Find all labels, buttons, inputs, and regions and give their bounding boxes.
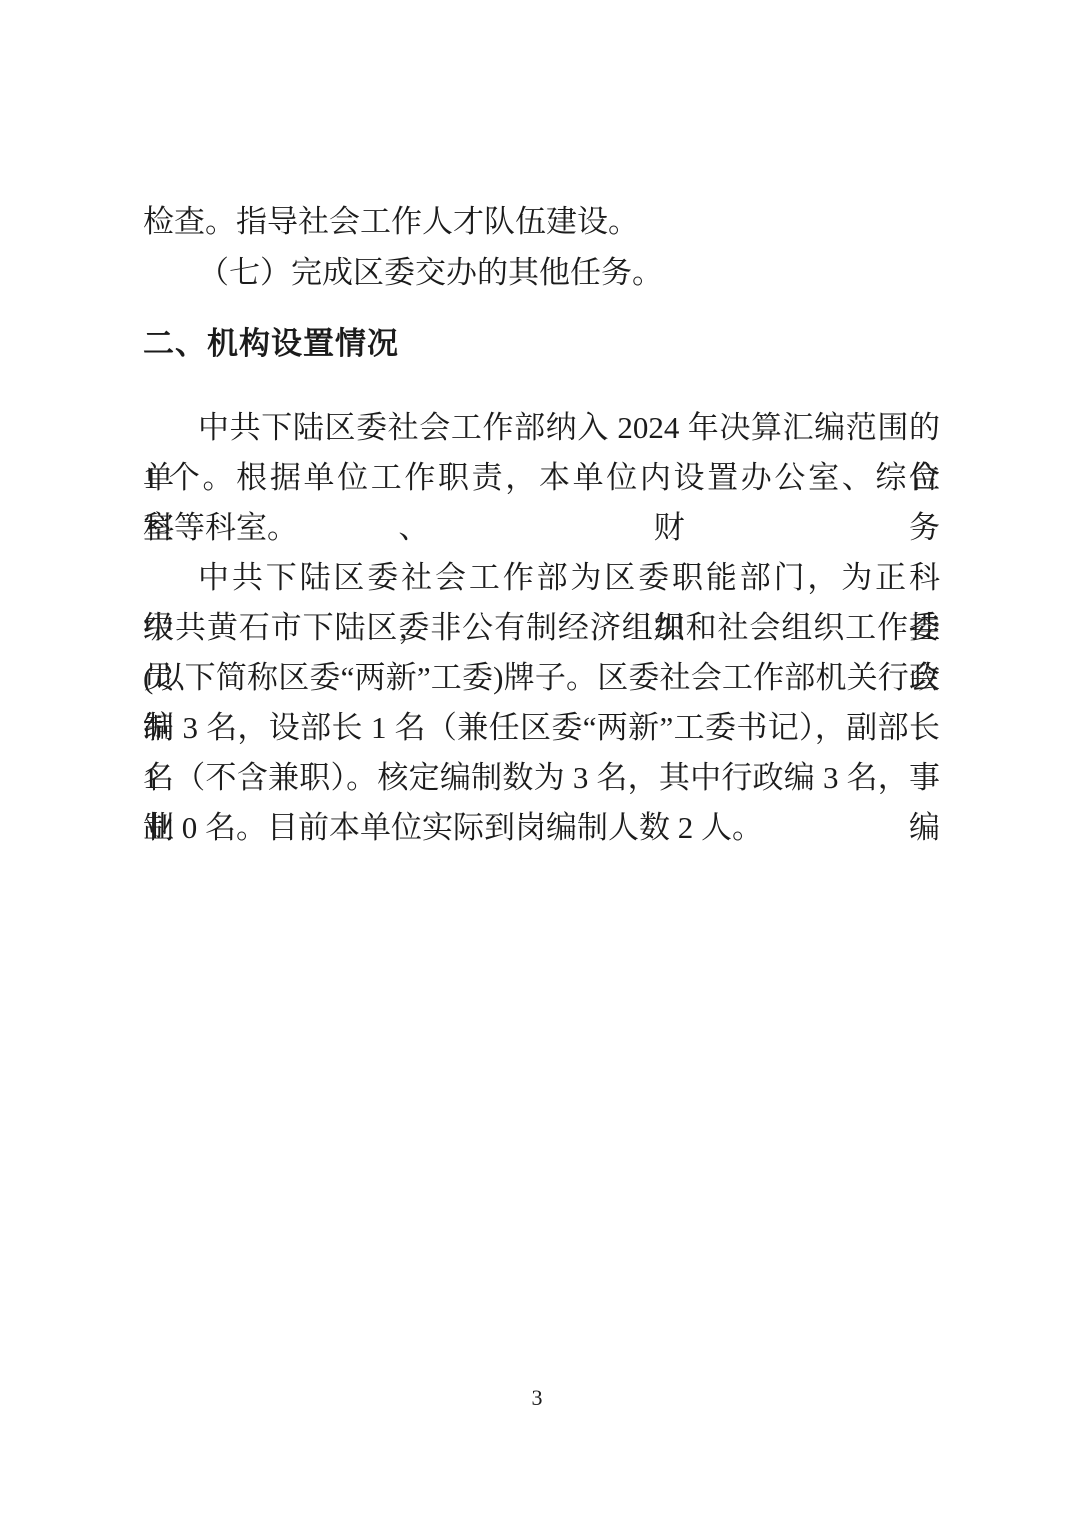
body-line: 中共下陆区委社会工作部纳入 2024 年决算汇编范围的单位 bbox=[143, 403, 940, 453]
paragraph-machine-setup: 中共下陆区委社会工作部纳入 2024 年决算汇编范围的单位 1 个。根据单位工作… bbox=[143, 403, 940, 853]
body-line: 1 个。根据单位工作职责，本单位内设置办公室、综合科、财务 bbox=[143, 453, 940, 503]
body-line: 制 3 名，设部长 1 名（兼任区委“两新”工委书记），副部长 1 bbox=[143, 703, 940, 753]
body-line: 中共黄石市下陆区委非公有制经济组织和社会组织工作委员会 bbox=[143, 603, 940, 653]
body-line: 中共下陆区委社会工作部为区委职能部门，为正科级，加挂 bbox=[143, 553, 940, 603]
body-line: 名（不含兼职）。核定编制数为 3 名，其中行政编 3 名，事业编 bbox=[143, 753, 940, 803]
body-line: (以下简称区委“两新”工委)牌子。区委社会工作部机关行政编 bbox=[143, 653, 940, 703]
section-heading: 二、机构设置情况 bbox=[143, 319, 940, 369]
document-content: 检查。指导社会工作人才队伍建设。 （七）完成区委交办的其他任务。 二、机构设置情… bbox=[143, 196, 940, 853]
body-line: 检查。指导社会工作人才队伍建设。 bbox=[143, 196, 940, 247]
document-page: 检查。指导社会工作人才队伍建设。 （七）完成区委交办的其他任务。 二、机构设置情… bbox=[0, 0, 1074, 1520]
body-line: （七）完成区委交办的其他任务。 bbox=[143, 247, 940, 298]
page-number: 3 bbox=[0, 1384, 1074, 1412]
